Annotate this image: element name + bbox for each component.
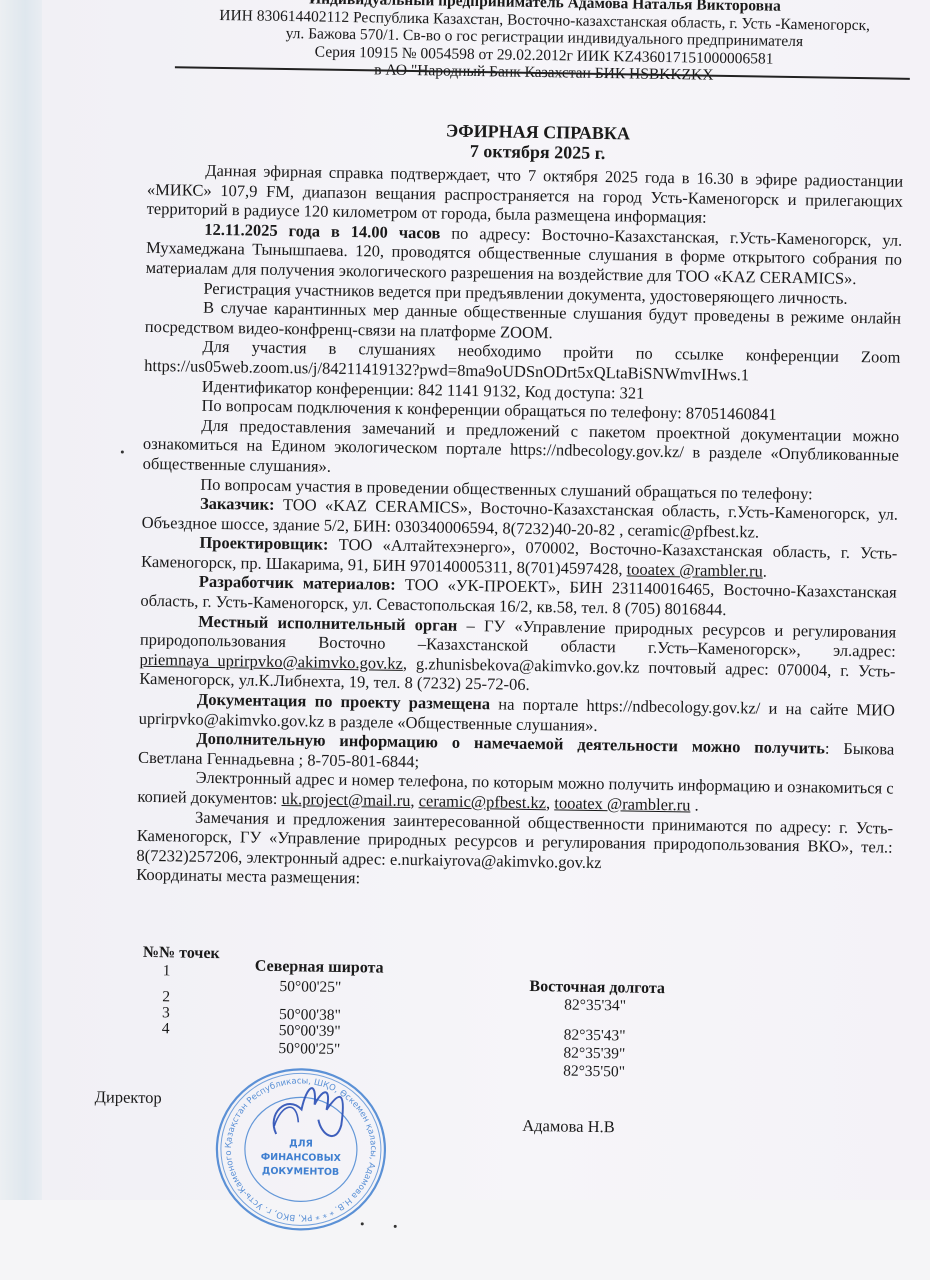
signature-name: Адамова Н.В xyxy=(522,1116,615,1137)
designer-email-link[interactable]: tooatex @rambler.ru xyxy=(627,559,763,580)
stamp-center-line1: ДЛЯ xyxy=(289,1138,313,1149)
coordinate-lon: 82°35'34" xyxy=(564,997,626,1016)
coordinate-lon: 82°35'39" xyxy=(563,1044,625,1063)
document: Индивидуальный предприниматель Адамова Н… xyxy=(0,0,930,1280)
stamp-center-line3: ДОКУМЕНТОВ xyxy=(262,1166,339,1178)
official-stamp: Қазақстан Республикасы, ШҚО, Өскемен қал… xyxy=(205,1063,398,1236)
handwritten-signature-icon xyxy=(273,1088,343,1137)
letterhead: Индивидуальный предприниматель Адамова Н… xyxy=(169,0,920,87)
coordinate-lat: 50°00'25" xyxy=(278,1040,340,1059)
stamp-center-line2: ФИНАНСОВЫХ xyxy=(261,1152,342,1164)
paragraph-portal: Для предоставления замечаний и предложен… xyxy=(143,415,900,486)
developer-label: Разработчик материалов: xyxy=(199,572,396,594)
customer-label: Заказчик: xyxy=(200,494,275,514)
email-link-ukproject[interactable]: uk.project@mail.ru xyxy=(281,789,410,810)
email-link-ceramic[interactable]: ceramic@pfbest.kz xyxy=(419,791,547,812)
scan-speck xyxy=(394,1225,397,1228)
coordinates-header-lat: Северная широта xyxy=(255,958,384,978)
coordinate-lat: 50°00'25" xyxy=(279,978,341,997)
coordinates-header-num: №№ точек xyxy=(143,944,220,963)
scan-speck xyxy=(361,1222,364,1225)
paragraph-local-authority: Местный исполнительный орган – ГУ «Управ… xyxy=(139,610,896,700)
coordinate-lon: 82°35'50" xyxy=(563,1062,625,1081)
coordinates-header-lon: Восточная долгота xyxy=(529,978,665,998)
designer-label: Проектировщик: xyxy=(199,533,328,554)
coordinates-table: №№ точек Северная широта Восточная долго… xyxy=(123,944,685,1083)
scan-speck xyxy=(121,450,124,453)
stamp-seal-icon: Қазақстан Республикасы, ШҚО, Өскемен қал… xyxy=(205,1063,398,1236)
email-link-tooatex[interactable]: tooatex @rambler.ru xyxy=(554,793,690,814)
coordinate-row-num: 4 xyxy=(162,1020,170,1038)
document-body: Данная эфирная справка подтверждает, что… xyxy=(136,160,903,897)
document-title: ЭФИРНАЯ СПРАВКА 7 октября 2025 г. xyxy=(148,116,929,168)
signature-role: Директор xyxy=(95,1087,162,1108)
coordinate-lat: 50°00'39" xyxy=(279,1022,341,1041)
coordinate-row-num: 1 xyxy=(163,962,171,980)
coordinate-lon: 82°35'43" xyxy=(564,1027,626,1046)
